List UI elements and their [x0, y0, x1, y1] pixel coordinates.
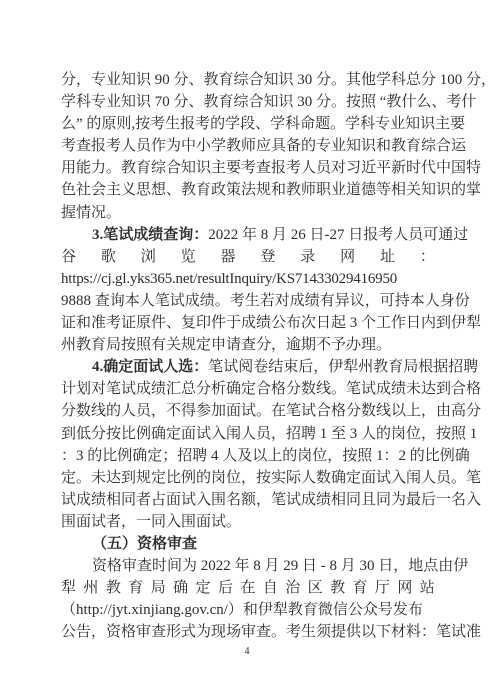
text-char: 犁: [61, 577, 76, 599]
text-char: 在: [240, 577, 255, 599]
text-line: 证和准考证原件、复印件于成绩公布次日起 3 个工作日内到伊犁: [61, 312, 435, 334]
text-segment: ：3 的比例确定；招聘 4 人及以上的岗位，按照 1：2 的比例确: [61, 448, 470, 464]
text-line: 公告，资格审查形式为现场审查。考生须提供以下材料：笔试准: [61, 621, 435, 643]
text-char: 教: [106, 577, 121, 599]
text-char: ：: [420, 246, 435, 268]
document-body: 分，专业知识 90 分、教育综合知识 30 分。其他学科总分 100 分，学科专…: [61, 69, 435, 643]
text-segment: https://cj.gl.yks365.net/resultInquiry/K…: [61, 271, 397, 287]
text-line: https://cj.gl.yks365.net/resultInquiry/K…: [61, 268, 435, 290]
text-char: 州: [83, 577, 98, 599]
text-char: 育: [352, 577, 367, 599]
text-line: （五）资格审查: [61, 533, 435, 555]
text-line: 围面试者，一同入围面试。: [61, 511, 435, 533]
text-char: 育: [128, 577, 143, 599]
text-char: 歌: [101, 246, 116, 268]
text-segment: （http://jyt.xinjiang.gov.cn/）和伊犁教育微信公众号发…: [61, 602, 423, 618]
text-segment: 分数线的人员，不得参加面试。在笔试合格分数线以上，由高分: [61, 403, 481, 419]
text-char: 局: [151, 577, 166, 599]
text-char: 确: [173, 577, 188, 599]
text-char: 厅: [375, 577, 390, 599]
text-segment: 9888 查询本人笔试成绩。考生若对成绩有异议，可持本人身份: [61, 293, 470, 309]
text-line: 用能力。教育综合知识主要考查报考人员对习近平新时代中国特: [61, 157, 435, 179]
text-line: 9888 查询本人笔试成绩。考生若对成绩有异议，可持本人身份: [61, 290, 435, 312]
text-line: 试成绩相同者占面试入围名额，笔试成绩相同且同为最后一名入: [61, 489, 435, 511]
text-segment: 4.确定面试人选：: [92, 359, 208, 375]
text-line: 计划对笔试成绩汇总分析确定合格分数线。笔试成绩未达到合格: [61, 378, 435, 400]
text-segment: 笔试阅卷结束后，伊犁州教育局根据招聘: [208, 359, 478, 375]
text-char: 自: [263, 577, 278, 599]
text-char: 网: [340, 246, 355, 268]
text-char: 治: [285, 577, 300, 599]
text-char: 后: [218, 577, 233, 599]
text-segment: 州教育局按照有关规定申请查分，逾期不予办理。: [61, 337, 391, 353]
text-segment: 考查报考人员作为中小学教师应具备的专业知识和教育综合运: [61, 138, 466, 154]
text-line: 学科专业知识 70 分、教育综合知识 30 分。按照 “教什么、考什: [61, 91, 435, 113]
text-line: 定。未达到规定比例的岗位，按实际人数确定面试入闱人员。笔: [61, 467, 435, 489]
text-line: 握情况。: [61, 202, 435, 224]
text-line: ：3 的比例确定；招聘 4 人及以上的岗位，按照 1：2 的比例确: [61, 445, 435, 467]
text-segment: 3.笔试成绩查询：: [92, 227, 208, 243]
text-segment: 公告，资格审查形式为现场审查。考生须提供以下材料：笔试准: [61, 624, 481, 640]
document-page: 分，专业知识 90 分、教育综合知识 30 分。其他学科总分 100 分，学科专…: [0, 0, 494, 698]
text-char: 登: [260, 246, 275, 268]
page-number: 4: [0, 646, 494, 657]
text-line: 到低分按比例确定面试入闱人员，招聘 1 至 3 人的岗位，按照 1: [61, 423, 435, 445]
text-segment: 么” 的原则,按考生报考的学段、学科命题。学科专业知识主要: [61, 116, 465, 132]
text-char: 浏: [141, 246, 156, 268]
text-char: 教: [330, 577, 345, 599]
text-segment: 定。未达到规定比例的岗位，按实际人数确定面试入闱人员。笔: [61, 470, 481, 486]
text-line: 分数线的人员，不得参加面试。在笔试合格分数线以上，由高分: [61, 400, 435, 422]
text-segment: 握情况。: [61, 205, 121, 221]
text-char: 谷: [61, 246, 76, 268]
text-line: 色社会主义思想、教育政策法规和教师职业道德等相关知识的掌: [61, 179, 435, 201]
text-line: 谷歌浏览器登录网址：: [61, 246, 435, 268]
text-segment: （五）资格审查: [92, 536, 197, 552]
text-segment: 计划对笔试成绩汇总分析确定合格分数线。笔试成绩未达到合格: [61, 381, 481, 397]
text-line: 资格审查时间为 2022 年 8 月 29 日 - 8 月 30 日，地点由伊: [61, 555, 435, 577]
text-char: 器: [221, 246, 236, 268]
text-segment: 分，专业知识 90 分、教育综合知识 30 分。其他学科总分 100 分，: [61, 72, 494, 88]
text-segment: 色社会主义思想、教育政策法规和教师职业道德等相关知识的掌: [61, 182, 481, 198]
text-segment: 围面试者，一同入围面试。: [61, 514, 241, 530]
text-segment: 2022 年 8 月 26 日-27 日报考人员可通过: [208, 227, 468, 243]
text-char: 定: [196, 577, 211, 599]
text-line: 州教育局按照有关规定申请查分，逾期不予办理。: [61, 334, 435, 356]
text-char: 站: [420, 577, 435, 599]
text-segment: 试成绩相同者占面试入围名额，笔试成绩相同且同为最后一名入: [61, 492, 481, 508]
text-line: （http://jyt.xinjiang.gov.cn/）和伊犁教育微信公众号发…: [61, 599, 435, 621]
text-segment: 资格审查时间为 2022 年 8 月 29 日 - 8 月 30 日，地点由伊: [92, 558, 468, 574]
text-char: 览: [181, 246, 196, 268]
text-line: 分，专业知识 90 分、教育综合知识 30 分。其他学科总分 100 分，: [61, 69, 435, 91]
text-segment: 到低分按比例确定面试入闱人员，招聘 1 至 3 人的岗位，按照 1: [61, 426, 477, 442]
text-char: 网: [397, 577, 412, 599]
text-segment: 用能力。教育综合知识主要考查报考人员对习近平新时代中国特: [61, 160, 481, 176]
text-line: 考查报考人员作为中小学教师应具备的专业知识和教育综合运: [61, 135, 435, 157]
text-char: 录: [300, 246, 315, 268]
text-line: 4.确定面试人选：笔试阅卷结束后，伊犁州教育局根据招聘: [61, 356, 435, 378]
text-line: 犁州教育局确定后在自治区教育厅网站: [61, 577, 435, 599]
text-segment: 学科专业知识 70 分、教育综合知识 30 分。按照 “教什么、考什: [61, 94, 476, 110]
text-line: 么” 的原则,按考生报考的学段、学科命题。学科专业知识主要: [61, 113, 435, 135]
text-segment: 证和准考证原件、复印件于成绩公布次日起 3 个工作日内到伊犁: [61, 315, 481, 331]
text-char: 区: [308, 577, 323, 599]
text-char: 址: [380, 246, 395, 268]
text-line: 3.笔试成绩查询：2022 年 8 月 26 日-27 日报考人员可通过: [61, 224, 435, 246]
